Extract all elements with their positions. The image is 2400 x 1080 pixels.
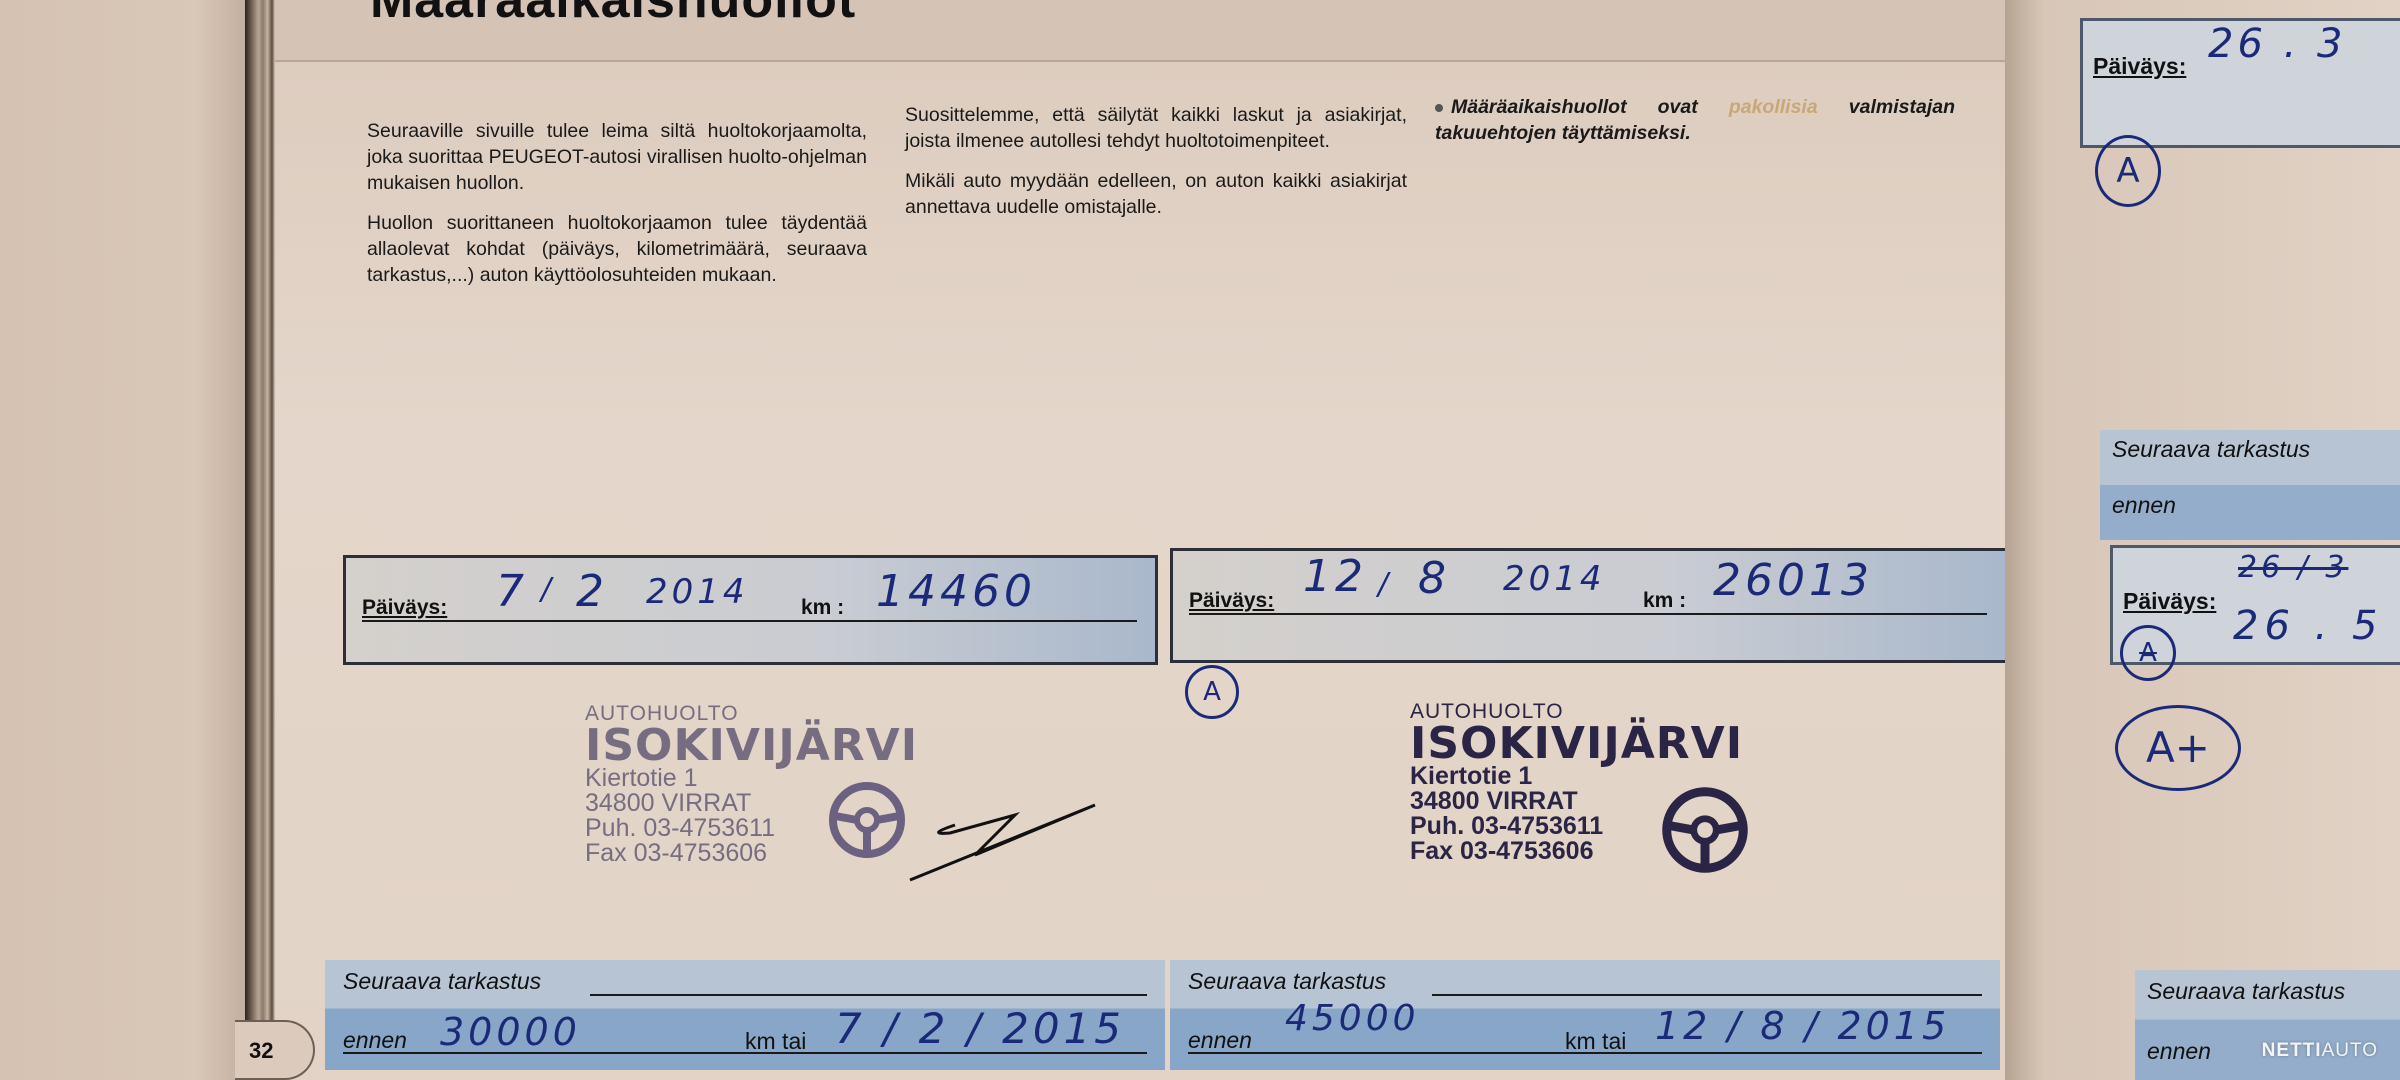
bullet-icon xyxy=(1435,104,1443,112)
folded-top-strip: Määräaikaishuollot xyxy=(275,0,2005,62)
fill-line xyxy=(590,994,1147,996)
entry-1-next-date: 7 / 2 / 2015 xyxy=(835,1004,1125,1053)
page-number-tab: 32 xyxy=(235,1020,315,1080)
previous-page xyxy=(0,0,245,1080)
steering-wheel-icon xyxy=(1660,785,1750,875)
date-label: Päiväys: xyxy=(362,596,447,620)
next-page-date-box-1: Päiväys: 26 . 3 xyxy=(2080,18,2400,148)
next-page-grade-mark-2: A+ xyxy=(2115,705,2241,791)
entry-2-next-km: 45000 xyxy=(1285,998,1420,1039)
watermark-light: AUTO xyxy=(2322,1040,2378,1061)
next-page-next-inspection-1: Seuraava tarkastus ennen xyxy=(2100,430,2400,540)
intro-paragraph: Suosittelemme, että säilytät kaikki lask… xyxy=(905,102,1407,154)
before-label: ennen xyxy=(343,1027,407,1054)
entry-2-next-inspection: Seuraava tarkastus ennen 45000 km tai 12… xyxy=(1170,960,2000,1070)
intro-column-1: Seuraaville sivuille tulee leima siltä h… xyxy=(367,118,867,302)
separator: / xyxy=(541,572,555,607)
service-booklet-page: Määräaikaishuollot Seuraaville sivuille … xyxy=(275,0,2005,1080)
intro-column-2: Suosittelemme, että säilytät kaikki lask… xyxy=(905,102,1407,234)
next-inspection-label: Seuraava tarkastus xyxy=(2147,978,2345,1005)
next-page-grade-mark-1: A xyxy=(2095,135,2161,207)
date-label: Päiväys: xyxy=(2123,588,2216,615)
entry-1-day: 7 xyxy=(496,566,528,617)
entry-1-month: 2 xyxy=(576,566,608,617)
struck-grade-mark: A xyxy=(2120,625,2176,681)
fill-line xyxy=(1432,994,1982,996)
entry-2-next-date: 12 / 8 / 2015 xyxy=(1655,1004,1950,1048)
km-or-label: km tai xyxy=(745,1028,806,1055)
warranty-note: Määräaikaishuollot ovat xyxy=(1451,96,1729,118)
fill-line xyxy=(1188,1052,1982,1054)
entry-2-month: 8 xyxy=(1418,553,1450,604)
entry-1-next-km: 30000 xyxy=(440,1010,581,1054)
before-label: ennen xyxy=(2147,1038,2211,1065)
km-label: km : xyxy=(801,596,844,620)
intro-paragraph: Huollon suorittaneen huoltokorjaamon tul… xyxy=(367,210,867,288)
steering-wheel-icon xyxy=(827,780,907,860)
next-inspection-label: Seuraava tarkastus xyxy=(1188,968,1386,995)
warranty-note-faded: pakollisia xyxy=(1729,96,1818,118)
fill-line xyxy=(362,620,1137,622)
next-page-date-1: 26 . 3 xyxy=(2208,21,2347,67)
before-label: ennen xyxy=(2112,492,2176,519)
fill-line xyxy=(1189,613,1987,615)
date-label: Päiväys: xyxy=(2093,53,2186,80)
stamp-name: ISOKIVIJÄRVI xyxy=(585,726,918,766)
book-spine xyxy=(245,0,275,1080)
signature xyxy=(905,795,1115,885)
km-or-label: km tai xyxy=(1565,1028,1626,1055)
date-label: Päiväys: xyxy=(1189,589,1274,613)
fill-line xyxy=(343,1052,1147,1054)
intro-column-3: Määräaikaishuollot ovat pakollisia valmi… xyxy=(1435,94,1955,146)
next-page: Päiväys: 26 . 3 A Seuraava tarkastus enn… xyxy=(2005,0,2400,1080)
entry-2-year: 2014 xyxy=(1503,559,1606,599)
entry-1-km: 14460 xyxy=(876,566,1036,617)
entry-2-date-box: Päiväys: 12 / 8 2014 km : 26013 xyxy=(1170,548,2008,663)
entry-1-next-inspection: Seuraava tarkastus ennen 30000 km tai 7 … xyxy=(325,960,1165,1070)
page-title: Määräaikaishuollot xyxy=(370,0,856,30)
stamp-name: ISOKIVIJÄRVI xyxy=(1410,724,1743,764)
entry-2-km: 26013 xyxy=(1713,555,1873,606)
separator: / xyxy=(1378,567,1392,602)
entry-1-date-box: Päiväys: 7 / 2 2014 km : 14460 xyxy=(343,555,1158,665)
before-label: ennen xyxy=(1188,1027,1252,1054)
entry-1-year: 2014 xyxy=(646,572,749,612)
next-page-next-inspection-2: Seuraava tarkastus ennen xyxy=(2135,970,2400,1080)
entry-2-grade-mark: A xyxy=(1185,665,1239,719)
nettiauto-watermark: NETTIAUTO xyxy=(2262,1040,2378,1062)
struck-date: 26 / 3 xyxy=(2238,550,2348,585)
next-page-date-2: 26 . 5 xyxy=(2233,603,2384,649)
intro-paragraph: Mikäli auto myydään edelleen, on auton k… xyxy=(905,168,1407,220)
intro-paragraph: Seuraaville sivuille tulee leima siltä h… xyxy=(367,118,867,196)
entry-2-day: 12 xyxy=(1303,551,1367,602)
watermark-bold: NETTI xyxy=(2262,1040,2322,1061)
next-inspection-label: Seuraava tarkastus xyxy=(2112,436,2310,463)
next-inspection-label: Seuraava tarkastus xyxy=(343,968,541,995)
page-number: 32 xyxy=(249,1038,273,1064)
km-label: km : xyxy=(1643,589,1686,613)
